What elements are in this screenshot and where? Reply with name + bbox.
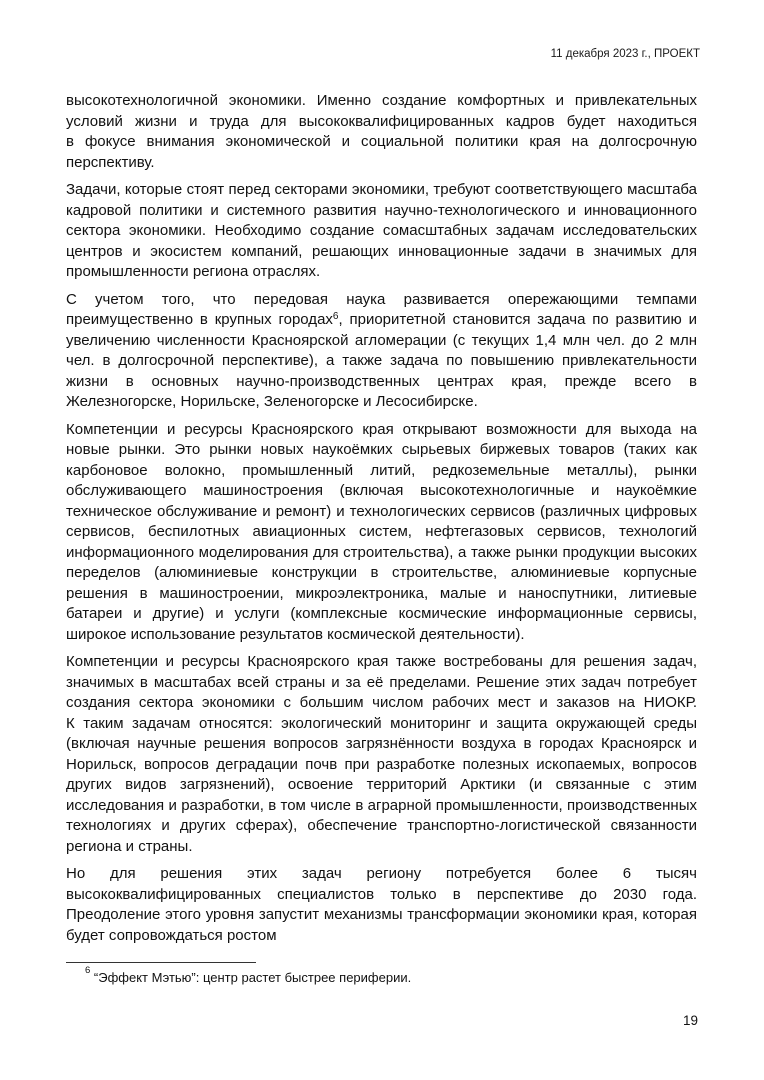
paragraph-2: Задачи, которые стоят перед секторами эк… [66,180,697,283]
page-number: 19 [683,1012,698,1029]
paragraph-5: Компетенции и ресурсы Красноярского края… [66,652,697,857]
paragraph-1: высокотехнологичной экономики. Именно со… [66,91,697,173]
paragraph-3: С учетом того, что передовая наука разви… [66,290,697,413]
header-date-label: 11 декабря 2023 г., ПРОЕКТ [551,48,700,60]
footnote-area: 6 “Эффект Мэтью”: центр растет быстрее п… [66,962,697,987]
document-body: высокотехнологичной экономики. Именно со… [66,91,697,946]
footnote: 6 “Эффект Мэтью”: центр растет быстрее п… [66,970,697,987]
footnote-reference-6: 6 [333,311,339,322]
paragraph-4: Компетенции и ресурсы Красноярского края… [66,420,697,646]
paragraph-6: Но для решения этих задач региону потреб… [66,864,697,946]
footnote-separator-rule [66,962,256,963]
document-page: 11 декабря 2023 г., ПРОЕКТ высокотехноло… [0,0,764,1080]
footnote-text: “Эффект Мэтью”: центр растет быстрее пер… [94,970,411,985]
page-header: 11 декабря 2023 г., ПРОЕКТ [551,47,700,61]
footnote-marker: 6 [85,965,90,976]
